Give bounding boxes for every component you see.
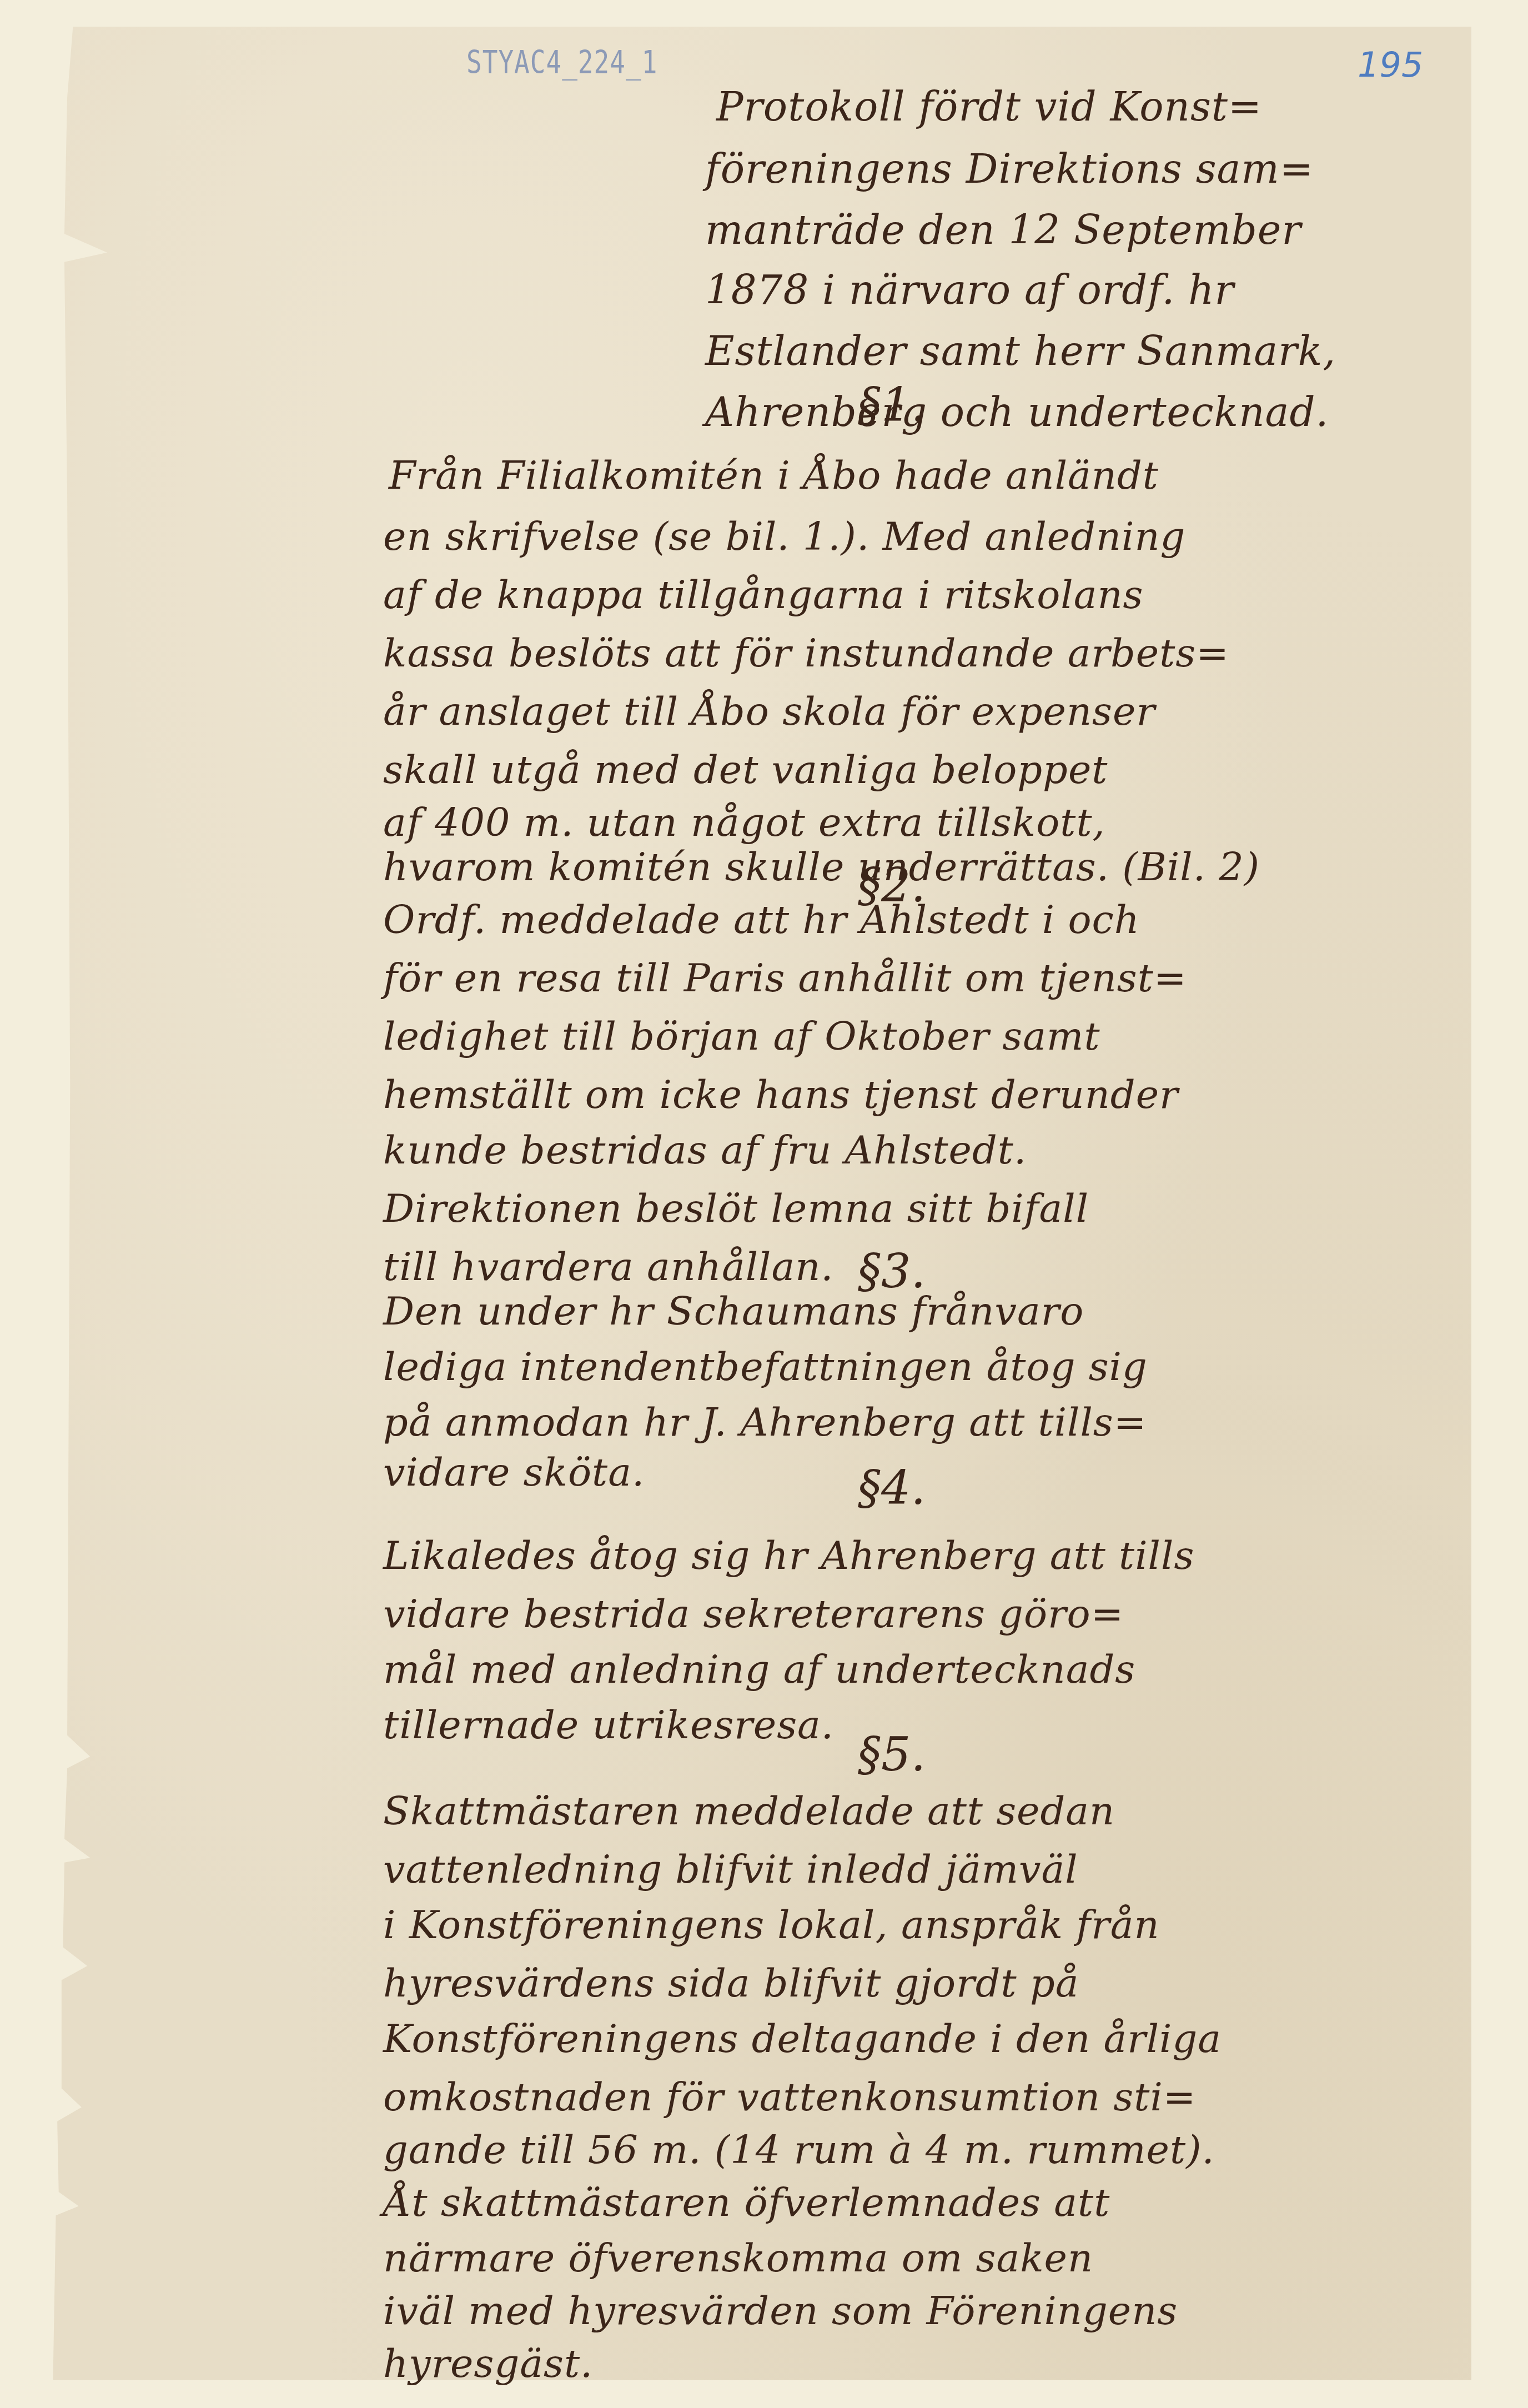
section-line: kassa beslöts att för instundande arbets… bbox=[383, 630, 1229, 676]
section-line: Den under hr Schaumans frånvaro bbox=[383, 1288, 1084, 1334]
section-line: Åt skattmästaren öfverlemnades att bbox=[383, 2180, 1110, 2225]
heading-line: föreningens Direktions sam= bbox=[705, 146, 1314, 192]
archive-id-label: STYAC4_224_1 bbox=[466, 43, 657, 81]
section-line: af 400 m. utan något extra tillskott, bbox=[383, 800, 1105, 845]
section-line: hemställt om icke hans tjenst derunder bbox=[383, 1072, 1179, 1117]
section-line: år anslaget till Åbo skola för expenser bbox=[383, 689, 1155, 734]
section-line: af de knappa tillgångarna i ritskolans bbox=[383, 572, 1143, 618]
section-line: på anmodan hr J. Ahrenberg att tills= bbox=[383, 1399, 1147, 1445]
section-line: lediga intendentbefattningen åtog sig bbox=[383, 1344, 1148, 1389]
section-line: mål med anledning af undertecknads bbox=[383, 1647, 1135, 1692]
section-line: Ordf. meddelade att hr Ahlstedt i och bbox=[383, 897, 1140, 942]
section-line: närmare öfverenskomma om saken bbox=[383, 2235, 1093, 2281]
section-line: vidare sköta. bbox=[383, 1449, 645, 1495]
section-line: hyresvärdens sida blifvit gjordt på bbox=[383, 1960, 1079, 2006]
section-line: i Konstföreningens lokal, anspråk från bbox=[383, 1902, 1160, 1948]
section-line: gande till 56 m. (14 rum à 4 m. rummet). bbox=[383, 2127, 1215, 2173]
section-line: ledighet till början af Oktober samt bbox=[383, 1014, 1100, 1059]
section-line: hvarom komitén skulle underrättas. (Bil.… bbox=[383, 844, 1260, 890]
section-mark: §4. bbox=[858, 1461, 926, 1515]
section-line: tillernade utrikesresa. bbox=[383, 1702, 834, 1748]
section-line: Från Filialkomitén i Åbo hade anländt bbox=[389, 453, 1159, 498]
section-line: skall utgå med det vanliga beloppet bbox=[383, 747, 1108, 792]
section-line: för en resa till Paris anhållit om tjens… bbox=[383, 955, 1187, 1001]
section-line: en skrifvelse (se bil. 1.). Med anlednin… bbox=[383, 514, 1185, 559]
section-mark: §1. bbox=[858, 378, 926, 432]
section-mark: §5. bbox=[858, 1727, 926, 1782]
section-line: iväl med hyresvärden som Föreningens bbox=[383, 2288, 1178, 2334]
section-line: vattenledning blifvit inledd jämväl bbox=[383, 1847, 1078, 1892]
page-number: 195 bbox=[1358, 44, 1423, 85]
heading-line: Estlander samt herr Sanmark, bbox=[705, 328, 1336, 374]
heading-line: Protokoll fördt vid Konst= bbox=[716, 83, 1262, 130]
heading-line: Ahrenberg och undertecknad. bbox=[705, 389, 1329, 435]
section-line: hyresgäst. bbox=[383, 2341, 593, 2386]
section-line: Direktionen beslöt lemna sitt bifall bbox=[383, 1186, 1089, 1231]
section-line: till hvardera anhållan. bbox=[383, 1244, 834, 1290]
section-line: kunde bestridas af fru Ahlstedt. bbox=[383, 1127, 1027, 1173]
section-line: Konstföreningens deltagande i den årliga bbox=[383, 2016, 1222, 2061]
section-line: vidare bestrida sekreterarens göro= bbox=[383, 1591, 1124, 1637]
section-line: Likaledes åtog sig hr Ahrenberg att till… bbox=[383, 1533, 1194, 1578]
heading-line: manträde den 12 September bbox=[705, 207, 1301, 253]
section-line: Skattmästaren meddelade att sedan bbox=[383, 1788, 1115, 1834]
section-line: omkostnaden för vattenkonsumtion sti= bbox=[383, 2074, 1196, 2120]
heading-line: 1878 i närvaro af ordf. hr bbox=[705, 267, 1234, 313]
